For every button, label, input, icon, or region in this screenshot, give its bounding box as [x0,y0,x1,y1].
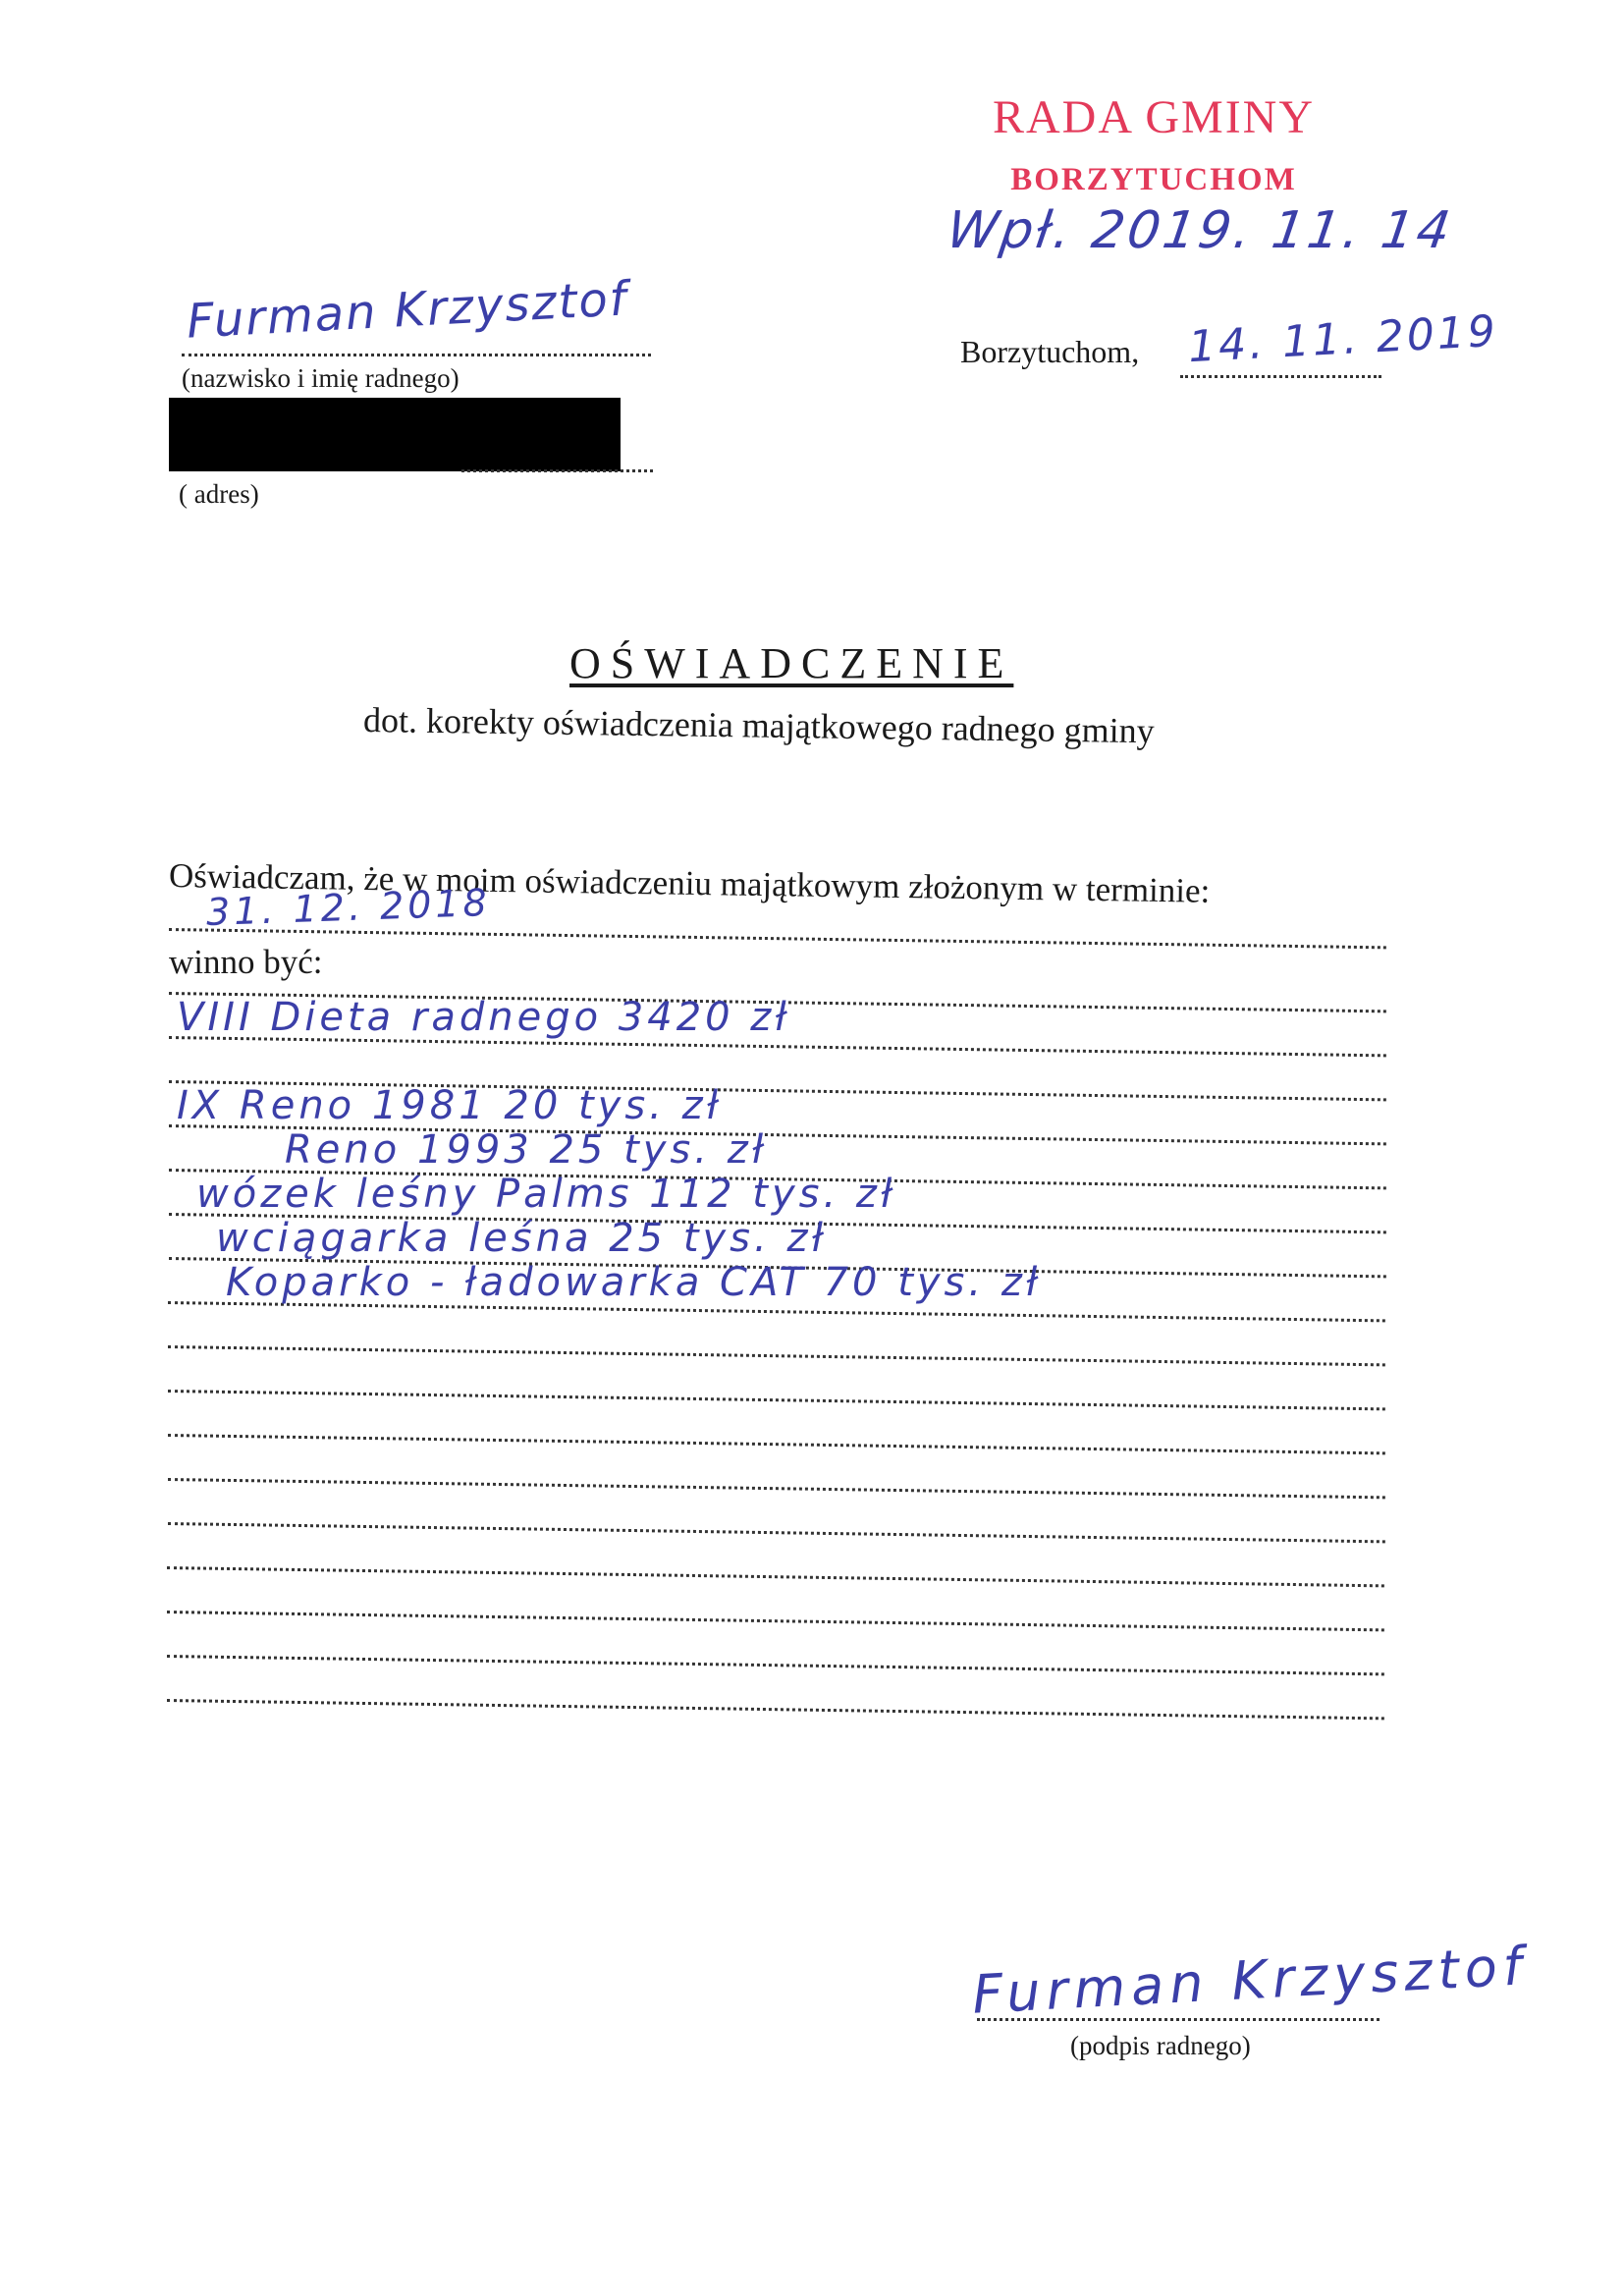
dotted-line [168,1522,1385,1543]
term-dotted-line [169,928,1386,949]
dotted-line [167,1655,1384,1675]
dotted-line [168,1478,1385,1499]
name-dotted-line [182,354,651,356]
address-dotted-line [461,469,653,472]
date-dotted-line [1180,375,1381,378]
correction-entry: Koparko - ładowarka CAT 70 tys. zł [226,1260,1041,1305]
correction-entry: wciągarka leśna 25 tys. zł [216,1216,827,1261]
received-note: Wpł. 2019. 11. 14 [944,201,1457,260]
stamp-subtitle: BORZYTUCHOM [957,162,1350,198]
stamp-title: RADA GMINY [957,90,1350,144]
correction-entry: wózek leśny Palms 112 tys. zł [196,1172,895,1217]
signature-label: (podpis radnego) [1070,2031,1251,2061]
dotted-line [167,1566,1384,1587]
date-handwritten: 14. 11. 2019 [1187,306,1499,372]
dotted-line [168,1345,1385,1366]
dotted-line [167,1699,1384,1720]
councillor-name-handwritten: Furman Krzysztof [186,271,629,349]
correction-entry: Reno 1993 25 tys. zł [285,1127,767,1173]
name-label: (nazwisko i imię radnego) [182,363,460,394]
document-subtitle: dot. korekty oświadczenia majątkowego ra… [363,699,1155,751]
correction-entry: VIII Dieta radnego 3420 zł [177,995,790,1040]
document-title: OŚWIADCZENIE [569,638,1013,688]
should-be-label: winno być: [169,943,323,982]
signature-dotted-line [977,2018,1380,2021]
place-label: Borzytuchom, [960,334,1139,370]
dotted-line [167,1611,1384,1631]
dotted-line [168,1390,1385,1410]
address-label: ( adres) [179,479,259,510]
signature-handwritten: Furman Krzysztof [971,1935,1530,2026]
term-date-handwritten: 31. 12. 2018 [205,881,491,934]
dotted-line [168,1434,1385,1454]
redacted-address [169,398,621,471]
correction-entry: IX Reno 1981 20 tys. zł [177,1083,722,1128]
